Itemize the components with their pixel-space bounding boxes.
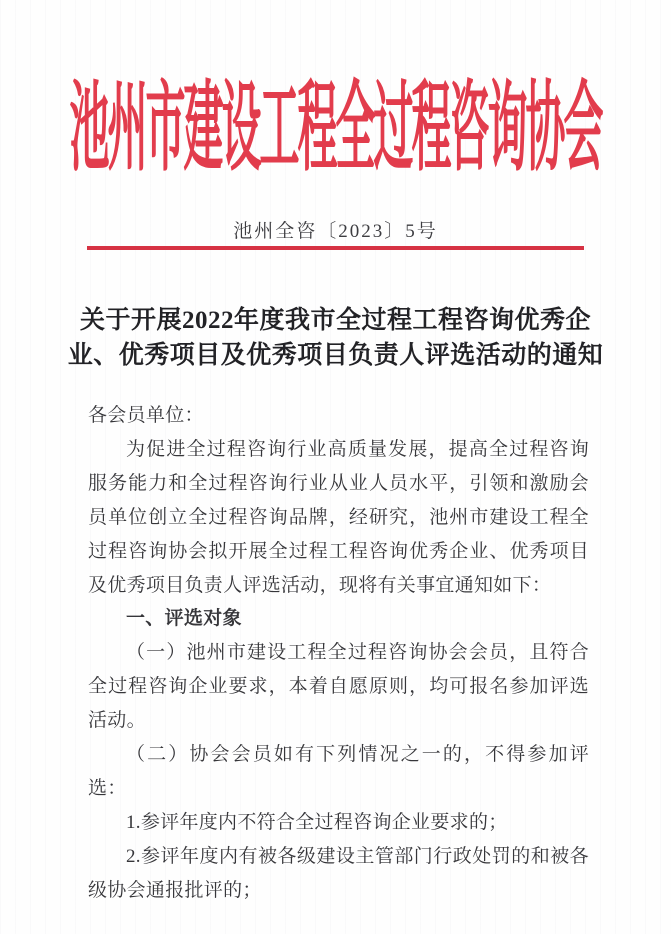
paragraph-item-2: （二）协会会员如有下列情况之一的，不得参加评选： bbox=[88, 738, 589, 806]
paragraph-item-1: （一）池州市建设工程全过程咨询协会会员，且符合全过程咨询企业要求，本着自愿原则，… bbox=[88, 636, 589, 738]
paragraph-subitem-1: 1.参评年度内不符合全过程咨询企业要求的； bbox=[88, 806, 589, 840]
letterhead-red-rule bbox=[87, 246, 584, 250]
section-heading-1: 一、评选对象 bbox=[88, 602, 589, 636]
document-reference-number: 池州全咨〔2023〕5号 bbox=[0, 216, 671, 243]
salutation: 各会员单位： bbox=[88, 399, 589, 433]
notice-title-line-2: 业、优秀项目及优秀项目负责人评选活动的通知 bbox=[38, 338, 633, 373]
notice-title: 关于开展2022年度我市全过程工程咨询优秀企 业、优秀项目及优秀项目负责人评选活… bbox=[38, 303, 633, 373]
notice-title-line-1: 关于开展2022年度我市全过程工程咨询优秀企 bbox=[38, 303, 633, 338]
letterhead-org-name: 池州市建设工程全过程咨询协会 bbox=[0, 80, 671, 178]
paragraph-subitem-2: 2.参评年度内有被各级建设主管部门行政处罚的和被各级协会通报批评的； bbox=[88, 840, 589, 908]
notice-body: 各会员单位： 为促进全过程咨询行业高质量发展，提高全过程咨询服务能力和全过程咨询… bbox=[88, 399, 589, 908]
paragraph-intro: 为促进全过程咨询行业高质量发展，提高全过程咨询服务能力和全过程咨询行业从业人员水… bbox=[88, 433, 589, 603]
scanned-document-page: 池州市建设工程全过程咨询协会 池州全咨〔2023〕5号 关于开展2022年度我市… bbox=[0, 0, 671, 934]
